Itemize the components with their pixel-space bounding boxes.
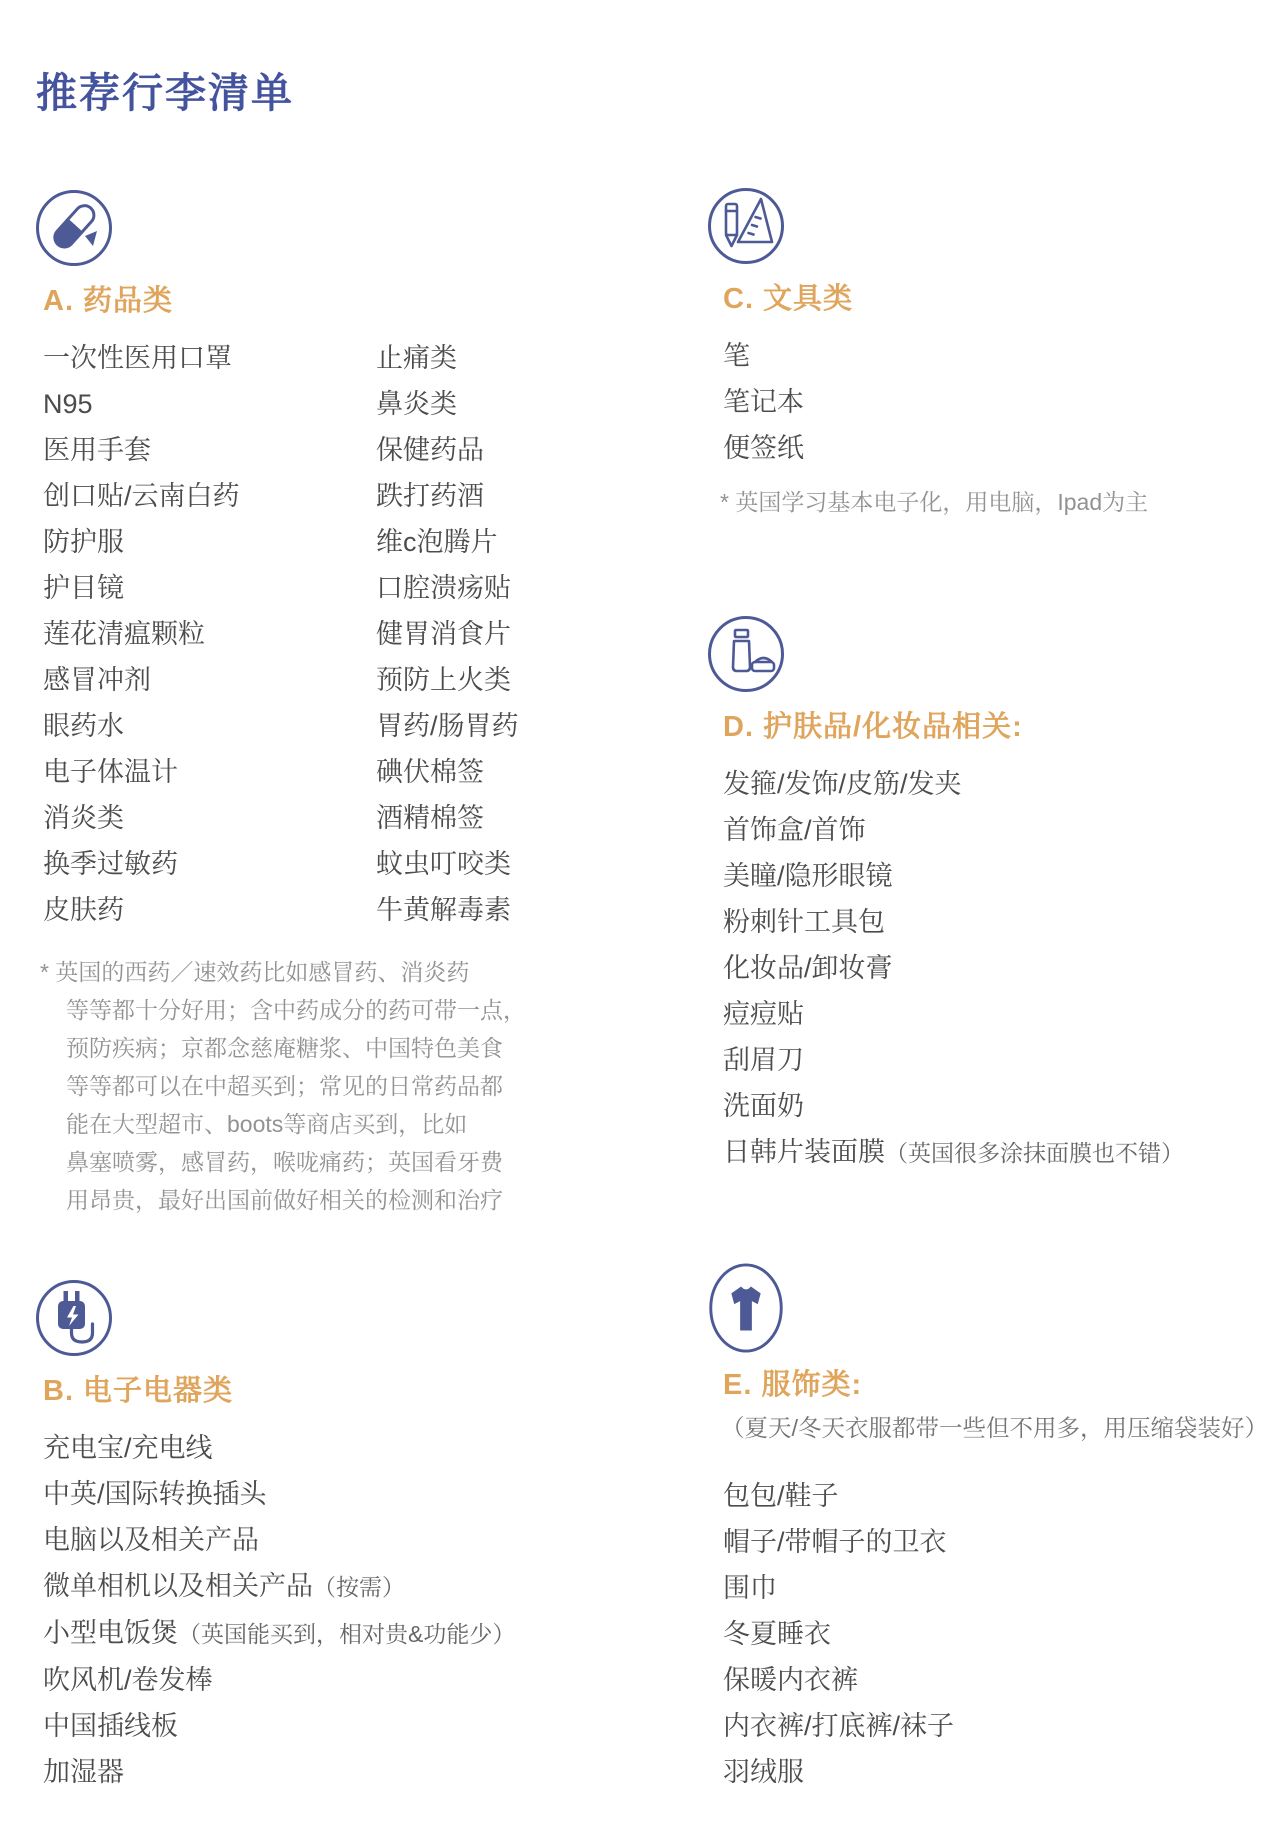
list-item: 包包/鞋子 — [720, 1473, 1282, 1519]
page-title: 推荐行李清单 — [36, 60, 294, 119]
section-stationery-title: C. 文具类 — [723, 282, 1280, 317]
section-skincare: D. 护肤品/化妆品相关: 发箍/发饰/皮筋/发夹首饰盒/首饰美瞳/隐形眼镜粉刺… — [720, 612, 1280, 1176]
list-item: 感冒冲剂 — [40, 657, 373, 703]
list-item: 化妆品/卸妆膏 — [720, 945, 1280, 991]
list-item: 刮眉刀 — [720, 1037, 1280, 1083]
list-item: 止痛类 — [373, 335, 660, 381]
item-note: （英国很多涂抹面膜也不错） — [885, 1140, 1184, 1166]
list-item: 笔 — [720, 333, 1280, 379]
list-item: 发箍/发饰/皮筋/发夹 — [720, 761, 1280, 807]
list-item: 保暖内衣裤 — [720, 1657, 1282, 1703]
list-item: 日韩片装面膜（英国很多涂抹面膜也不错） — [720, 1129, 1280, 1176]
list-item: 围巾 — [720, 1565, 1282, 1611]
list-item: 首饰盒/首饰 — [720, 807, 1280, 853]
cosmetics-icon — [704, 612, 788, 696]
list-item: 笔记本 — [720, 379, 1280, 425]
list-item: 预防上火类 — [373, 657, 660, 703]
section-electronics-title: B. 电子电器类 — [43, 1374, 680, 1409]
luggage-checklist-page: 推荐行李清单 A. 药品类 一次性医用口罩N95医用手套创口贴/云南白药防护服护… — [0, 0, 1285, 1838]
stationery-items: 笔笔记本便签纸 — [720, 333, 1280, 471]
list-item: 羽绒服 — [720, 1749, 1282, 1795]
list-item: 创口贴/云南白药 — [40, 473, 373, 519]
stationery-note: * 英国学习基本电子化，用电脑，Ipad为主 — [720, 483, 1280, 521]
section-medicine-title: A. 药品类 — [43, 284, 660, 319]
charger-icon — [32, 1276, 116, 1360]
list-item: 胃药/肠胃药 — [373, 703, 660, 749]
list-item: 酒精棉签 — [373, 795, 660, 841]
list-item: 皮肤药 — [40, 887, 373, 933]
list-item: 医用手套 — [40, 427, 373, 473]
list-item: 粉刺针工具包 — [720, 899, 1280, 945]
clothing-items: 包包/鞋子帽子/带帽子的卫衣围巾冬夏睡衣保暖内衣裤内衣裤/打底裤/袜子羽绒服 — [720, 1473, 1282, 1795]
list-item: 冬夏睡衣 — [720, 1611, 1282, 1657]
list-item: 莲花清瘟颗粒 — [40, 611, 373, 657]
medicine-note: * 英国的西药／速效药比如感冒药、消炎药 等等都十分好用；含中药成分的药可带一点… — [40, 953, 550, 1219]
list-item: N95 — [40, 381, 373, 427]
item-label: 微单相机以及相关产品 — [43, 1571, 313, 1601]
list-item: 健胃消食片 — [373, 611, 660, 657]
list-item: 微单相机以及相关产品（按需） — [40, 1563, 680, 1610]
pencil-ruler-icon — [704, 184, 788, 268]
list-item: 电脑以及相关产品 — [40, 1517, 680, 1563]
medicine-items-right: 止痛类鼻炎类保健药品跌打药酒维c泡腾片口腔溃疡贴健胃消食片预防上火类胃药/肠胃药… — [373, 335, 660, 933]
list-item: 保健药品 — [373, 427, 660, 473]
list-item: 一次性医用口罩 — [40, 335, 373, 381]
section-clothing-title: E. 服饰类: — [723, 1368, 1282, 1403]
section-skincare-title: D. 护肤品/化妆品相关: — [723, 710, 1280, 745]
item-label: 小型电饭煲 — [43, 1618, 178, 1648]
list-item: 牛黄解毒素 — [373, 887, 660, 933]
list-item: 中英/国际转换插头 — [40, 1471, 680, 1517]
list-item: 跌打药酒 — [373, 473, 660, 519]
list-item: 消炎类 — [40, 795, 373, 841]
skincare-items: 发箍/发饰/皮筋/发夹首饰盒/首饰美瞳/隐形眼镜粉刺针工具包化妆品/卸妆膏痘痘贴… — [720, 761, 1280, 1176]
electronics-items: 充电宝/充电线中英/国际转换插头电脑以及相关产品微单相机以及相关产品（按需）小型… — [40, 1425, 680, 1795]
list-item: 内衣裤/打底裤/袜子 — [720, 1703, 1282, 1749]
list-item: 碘伏棉签 — [373, 749, 660, 795]
medicine-items-left: 一次性医用口罩N95医用手套创口贴/云南白药防护服护目镜莲花清瘟颗粒感冒冲剂眼药… — [40, 335, 373, 933]
list-item: 蚊虫叮咬类 — [373, 841, 660, 887]
list-item: 吹风机/卷发棒 — [40, 1657, 680, 1703]
list-item: 便签纸 — [720, 425, 1280, 471]
item-note: （英国能买到，相对贵&功能少） — [178, 1621, 515, 1647]
section-clothing: E. 服饰类: （夏天/冬天衣服都带一些但不用多，用压缩袋装好） 包包/鞋子帽子… — [720, 1262, 1282, 1795]
list-item: 维c泡腾片 — [373, 519, 660, 565]
list-item: 中国插线板 — [40, 1703, 680, 1749]
list-item: 小型电饭煲（英国能买到，相对贵&功能少） — [40, 1610, 680, 1657]
list-item: 护目镜 — [40, 565, 373, 611]
item-note: （按需） — [313, 1574, 405, 1600]
list-item: 洗面奶 — [720, 1083, 1280, 1129]
list-item: 电子体温计 — [40, 749, 373, 795]
list-item: 充电宝/充电线 — [40, 1425, 680, 1471]
list-item: 换季过敏药 — [40, 841, 373, 887]
list-item: 帽子/带帽子的卫衣 — [720, 1519, 1282, 1565]
tshirt-icon — [704, 1262, 788, 1354]
section-electronics: B. 电子电器类 充电宝/充电线中英/国际转换插头电脑以及相关产品微单相机以及相… — [40, 1276, 680, 1795]
list-item: 加湿器 — [40, 1749, 680, 1795]
section-stationery: C. 文具类 笔笔记本便签纸 * 英国学习基本电子化，用电脑，Ipad为主 — [720, 184, 1280, 521]
list-item: 美瞳/隐形眼镜 — [720, 853, 1280, 899]
list-item: 痘痘贴 — [720, 991, 1280, 1037]
medicine-columns: 一次性医用口罩N95医用手套创口贴/云南白药防护服护目镜莲花清瘟颗粒感冒冲剂眼药… — [40, 319, 660, 933]
list-item: 防护服 — [40, 519, 373, 565]
section-medicine: A. 药品类 一次性医用口罩N95医用手套创口贴/云南白药防护服护目镜莲花清瘟颗… — [40, 186, 660, 1219]
clothing-note: （夏天/冬天衣服都带一些但不用多，用压缩袋装好） — [721, 1407, 1282, 1449]
list-item: 眼药水 — [40, 703, 373, 749]
pill-icon — [32, 186, 116, 270]
list-item: 口腔溃疡贴 — [373, 565, 660, 611]
item-label: 日韩片装面膜 — [723, 1137, 885, 1167]
list-item: 鼻炎类 — [373, 381, 660, 427]
